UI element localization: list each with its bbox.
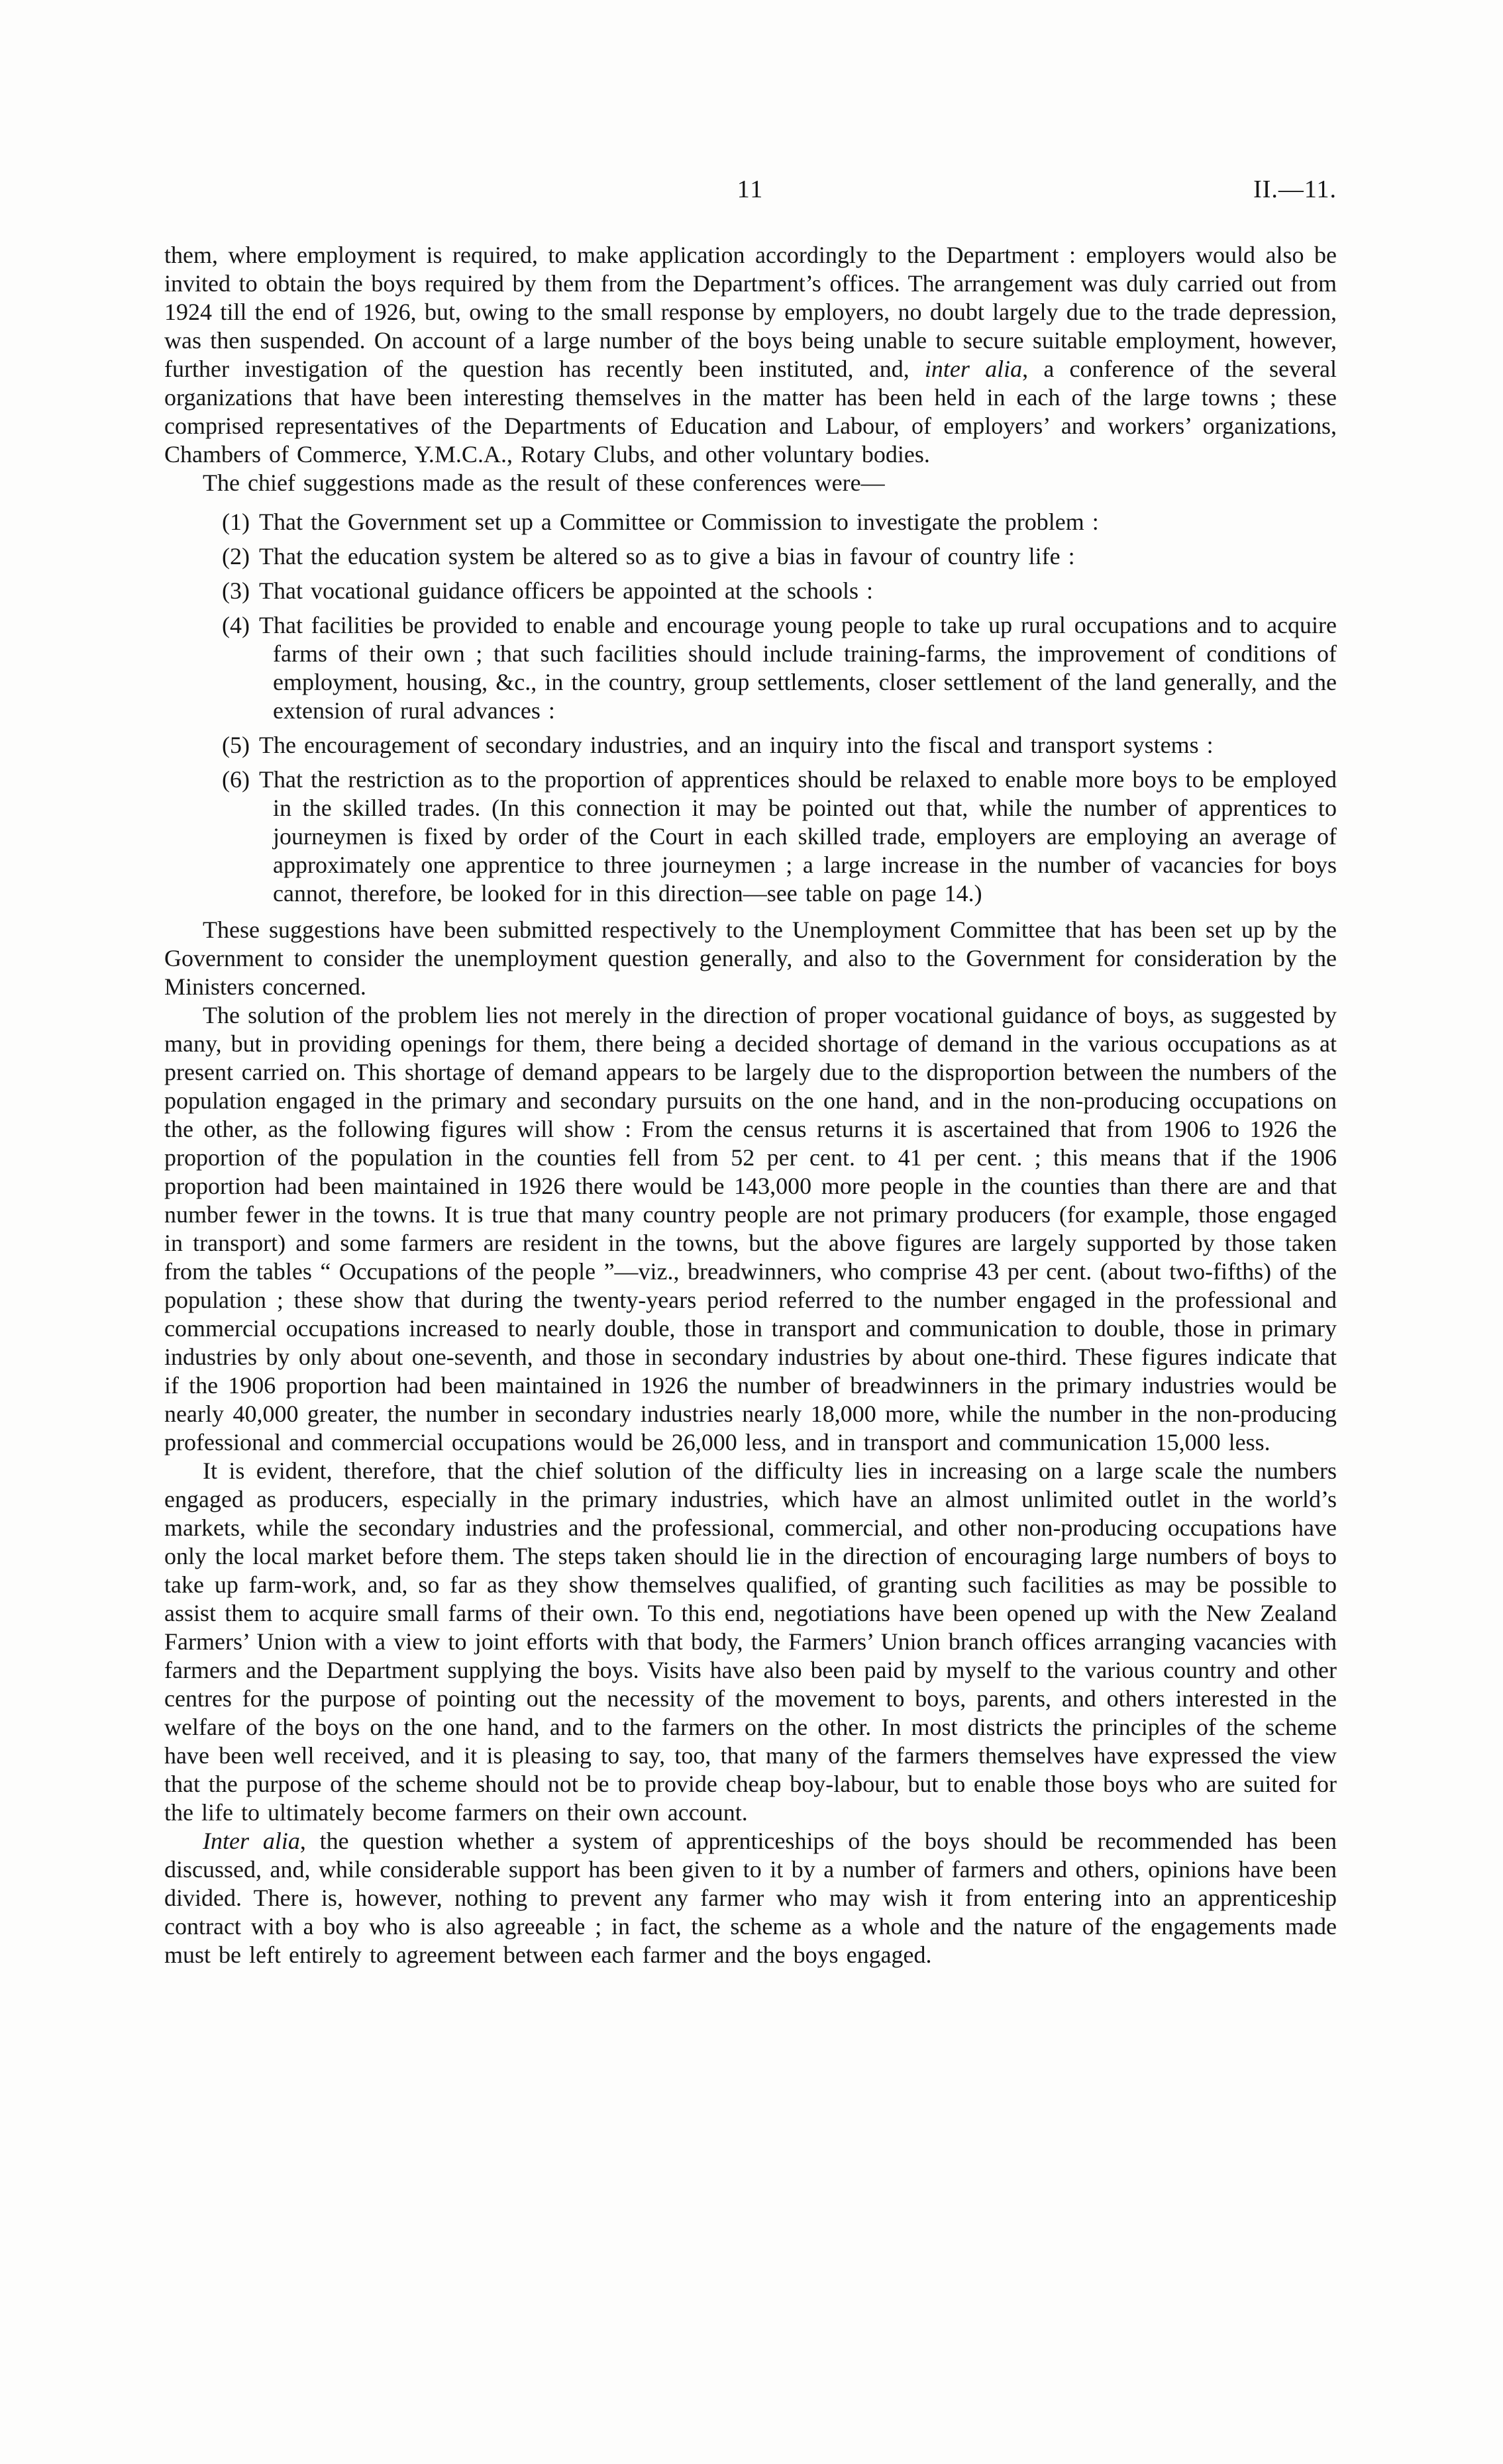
list-item-marker: (3) <box>222 577 250 604</box>
list-item-marker: (5) <box>222 732 250 758</box>
text-block: 11 II.—11. them, where employment is req… <box>164 0 1337 1969</box>
list-item-marker: (4) <box>222 612 250 638</box>
list-item-text: That facilities be provided to enable an… <box>259 612 1337 724</box>
inter-alia-italic: inter alia <box>925 356 1022 382</box>
list-item: (3)That vocational guidance officers be … <box>164 577 1337 605</box>
list-item-text: That the Government set up a Committee o… <box>259 509 1099 535</box>
page-number: 11 <box>164 175 1337 204</box>
list-item: (2)That the education system be altered … <box>164 542 1337 571</box>
inter-alia-italic: Inter alia <box>203 1828 300 1854</box>
list-item-text: That the restriction as to the proportio… <box>259 766 1337 907</box>
paragraph-chief-suggestions: The chief suggestions made as the result… <box>164 469 1337 497</box>
list-item-marker: (2) <box>222 543 250 569</box>
document-reference: II.—11. <box>1253 175 1337 204</box>
list-item: (5)The encouragement of secondary indust… <box>164 731 1337 760</box>
list-item: (4)That facilities be provided to enable… <box>164 611 1337 725</box>
paragraph-producers-farm-work: It is evident, therefore, that the chief… <box>164 1457 1337 1827</box>
list-item-text: The encouragement of secondary industrie… <box>259 732 1214 758</box>
body-text: them, where employment is required, to m… <box>164 241 1337 1969</box>
paragraph-employment-scheme: them, where employment is required, to m… <box>164 241 1337 469</box>
list-item-text: That the education system be altered so … <box>259 543 1075 569</box>
paragraph-apprenticeships: Inter alia, the question whether a syste… <box>164 1827 1337 1969</box>
paragraph-text: , the question whether a system of appre… <box>164 1828 1337 1968</box>
paragraph-solution-figures: The solution of the problem lies not mer… <box>164 1001 1337 1457</box>
suggestion-list: (1)That the Government set up a Committe… <box>164 508 1337 908</box>
list-item: (6)That the restriction as to the propor… <box>164 765 1337 908</box>
list-item: (1)That the Government set up a Committe… <box>164 508 1337 536</box>
document-page: 11 II.—11. them, where employment is req… <box>0 0 1503 2464</box>
page-header: 11 II.—11. <box>164 0 1337 204</box>
paragraph-submitted-suggestions: These suggestions have been submitted re… <box>164 916 1337 1001</box>
list-item-marker: (6) <box>222 766 250 793</box>
list-item-marker: (1) <box>222 509 250 535</box>
list-item-text: That vocational guidance officers be app… <box>259 577 873 604</box>
